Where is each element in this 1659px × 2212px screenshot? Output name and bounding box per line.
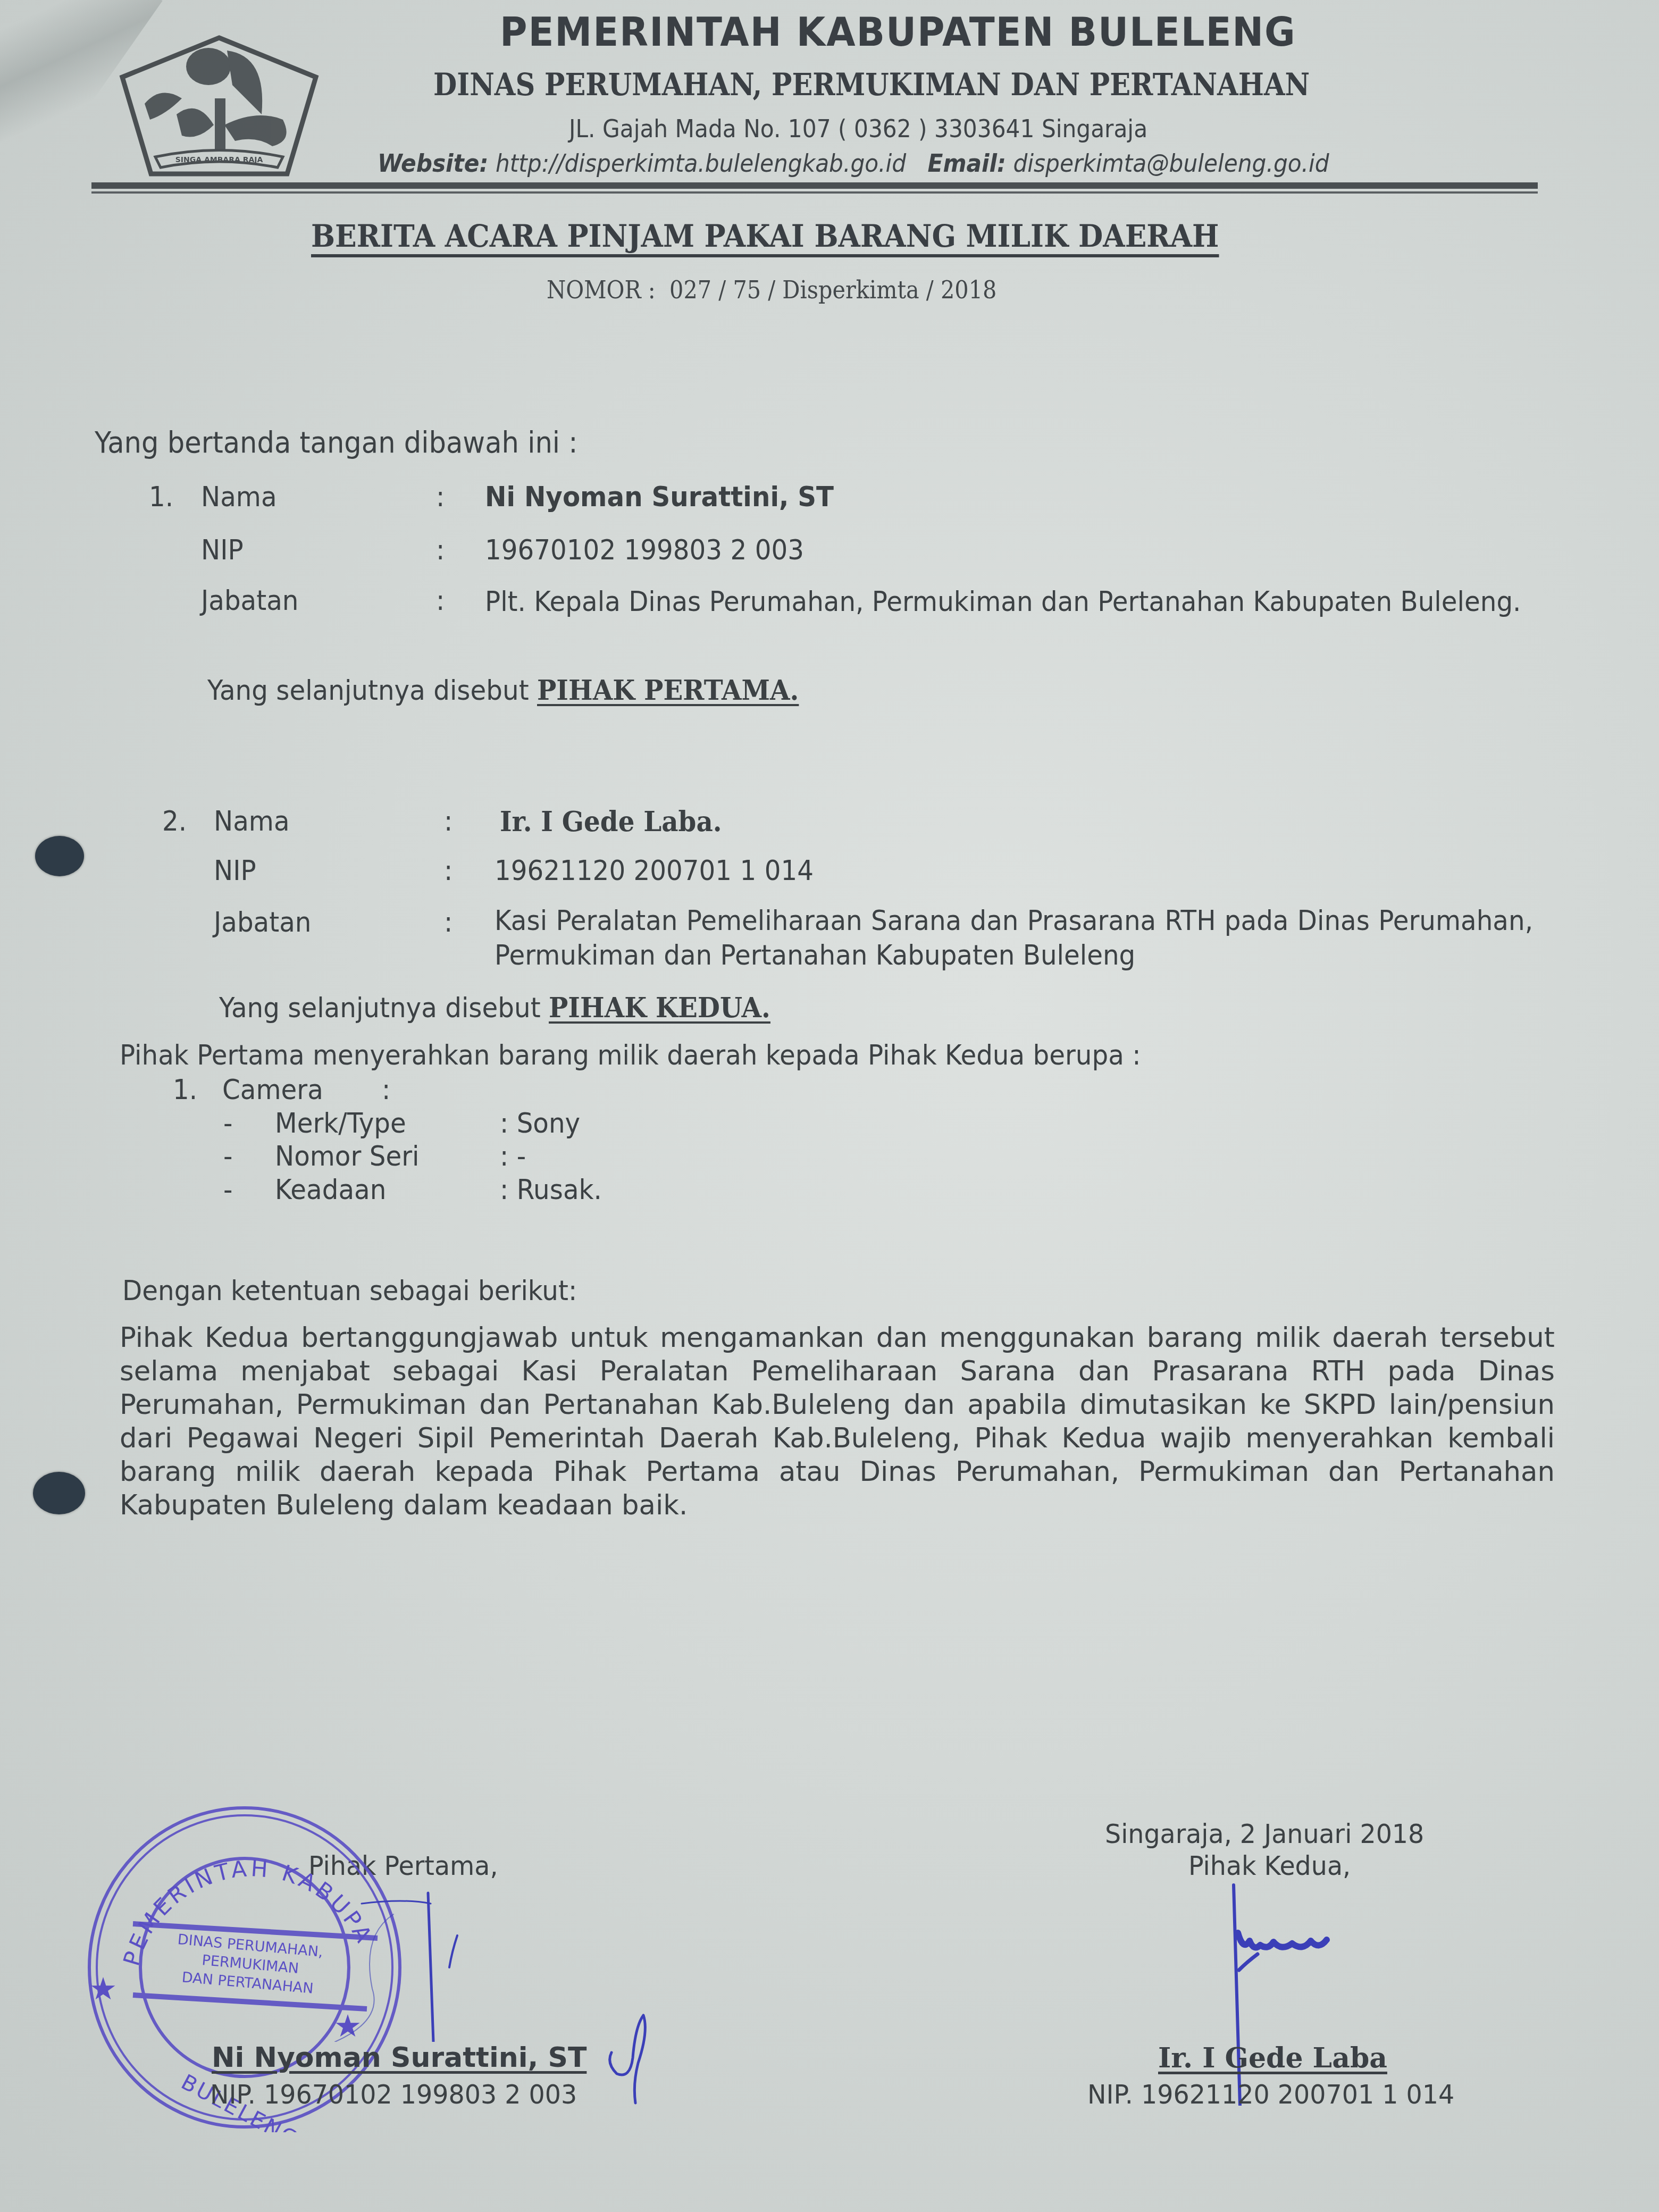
party-2-position: Kasi Peralatan Pemeliharaan Sarana dan P… (495, 904, 1533, 973)
item-index: 1. (173, 1074, 197, 1106)
item-detail-label: Keadaan (275, 1174, 386, 1206)
party-2-designation: Yang selanjutnya disebut PIHAK KEDUA. (219, 992, 770, 1024)
item-detail-value: : Sony (500, 1108, 580, 1139)
first-party-signatory: Ni Nyoman Surattini, ST (212, 2042, 586, 2074)
sep: : (444, 806, 453, 837)
item-detail-value: : - (500, 1141, 526, 1172)
svg-text:SINGA AMBARA RAJA: SINGA AMBARA RAJA (175, 156, 263, 164)
terms-heading: Dengan ketentuan sebagai berikut: (122, 1275, 577, 1307)
party-1-name: Ni Nyoman Surattini, ST (485, 481, 834, 513)
place-date: Singaraja, 2 Januari 2018 (1105, 1819, 1424, 1849)
email-link[interactable]: disperkimta@buleleng.go.id (1013, 149, 1329, 178)
terms-paragraph: Pihak Kedua bertanggungjawab untuk menga… (120, 1321, 1555, 1522)
letterhead-address: JL. Gajah Mada No. 107 ( 0362 ) 3303641 … (569, 114, 1147, 144)
first-party-nip: NIP. 19670102 199803 2 003 (210, 2079, 577, 2110)
sep: : (436, 585, 445, 617)
party-1-position: Plt. Kepala Dinas Perumahan, Permukiman … (485, 582, 1538, 622)
party-2-nip: 19621120 200701 1 014 (495, 855, 814, 887)
document-number: NOMOR : 027 / 75 / Disperkimta / 2018 (547, 275, 996, 304)
item-name: Camera (222, 1074, 323, 1106)
party-1-position-label: Jabatan (201, 585, 298, 617)
letterhead-divider (91, 182, 1538, 189)
bullet: - (223, 1108, 232, 1139)
item-detail-label: Nomor Seri (275, 1141, 419, 1172)
second-party-signatory: Ir. I Gede Laba (1158, 2042, 1387, 2074)
letterhead-contact: Website: http://disperkimta.bulelengkab.… (378, 149, 1329, 178)
number-label: NOMOR : (547, 275, 656, 304)
punch-hole (33, 1472, 85, 1514)
item-detail-value: : Rusak. (500, 1174, 602, 1206)
first-party-signature (330, 1882, 489, 2042)
document-title: BERITA ACARA PINJAM PAKAI BARANG MILIK D… (311, 218, 1219, 254)
letterhead-divider-thin (91, 191, 1538, 194)
second-party-nip: NIP. 19621120 200701 1 014 (1087, 2079, 1454, 2110)
email-label: Email: (928, 149, 1006, 178)
punch-hole (35, 836, 84, 876)
party-1-designation-label: PIHAK PERTAMA. (537, 674, 799, 707)
sep: : (436, 481, 445, 513)
designation-prefix: Yang selanjutnya disebut (219, 992, 541, 1024)
party-2-index: 2. (162, 806, 187, 837)
website-label: Website: (378, 149, 488, 178)
website-link[interactable]: http://disperkimta.bulelengkab.go.id (496, 149, 906, 178)
buleleng-crest-icon: SINGA AMBARA RAJA (118, 35, 320, 178)
party-1-nip: 19670102 199803 2 003 (485, 534, 804, 566)
party-1-nip-label: NIP (201, 534, 244, 566)
sep: : (382, 1074, 390, 1106)
second-party-role: Pihak Kedua, (1188, 1850, 1351, 1881)
sep: : (444, 855, 453, 887)
party-1-name-label: Nama (201, 481, 277, 513)
intro-text: Yang bertanda tangan dibawah ini : (95, 425, 578, 459)
number-value: 027 / 75 / Disperkimta / 2018 (669, 275, 996, 304)
item-detail-label: Merk/Type (275, 1108, 406, 1139)
bullet: - (223, 1141, 232, 1172)
party-1-designation: Yang selanjutnya disebut PIHAK PERTAMA. (207, 674, 799, 707)
sep: : (444, 907, 453, 939)
handover-intro: Pihak Pertama menyerahkan barang milik d… (120, 1040, 1141, 1071)
party-2-nip-label: NIP (214, 855, 256, 887)
bullet: - (223, 1174, 232, 1206)
party-2-designation-label: PIHAK KEDUA. (549, 992, 770, 1024)
letterhead-agency: DINAS PERUMAHAN, PERMUKIMAN DAN PERTANAH… (433, 66, 1310, 103)
party-2-name-label: Nama (214, 806, 290, 837)
first-party-initial (601, 2010, 659, 2106)
designation-prefix: Yang selanjutnya disebut (207, 675, 529, 707)
letterhead-government: PEMERINTAH KABUPATEN BULELENG (500, 10, 1296, 55)
party-2-position-label: Jabatan (214, 907, 311, 939)
sep: : (436, 534, 445, 566)
party-2-name: Ir. I Gede Laba. (500, 806, 722, 838)
party-1-index: 1. (149, 481, 173, 513)
